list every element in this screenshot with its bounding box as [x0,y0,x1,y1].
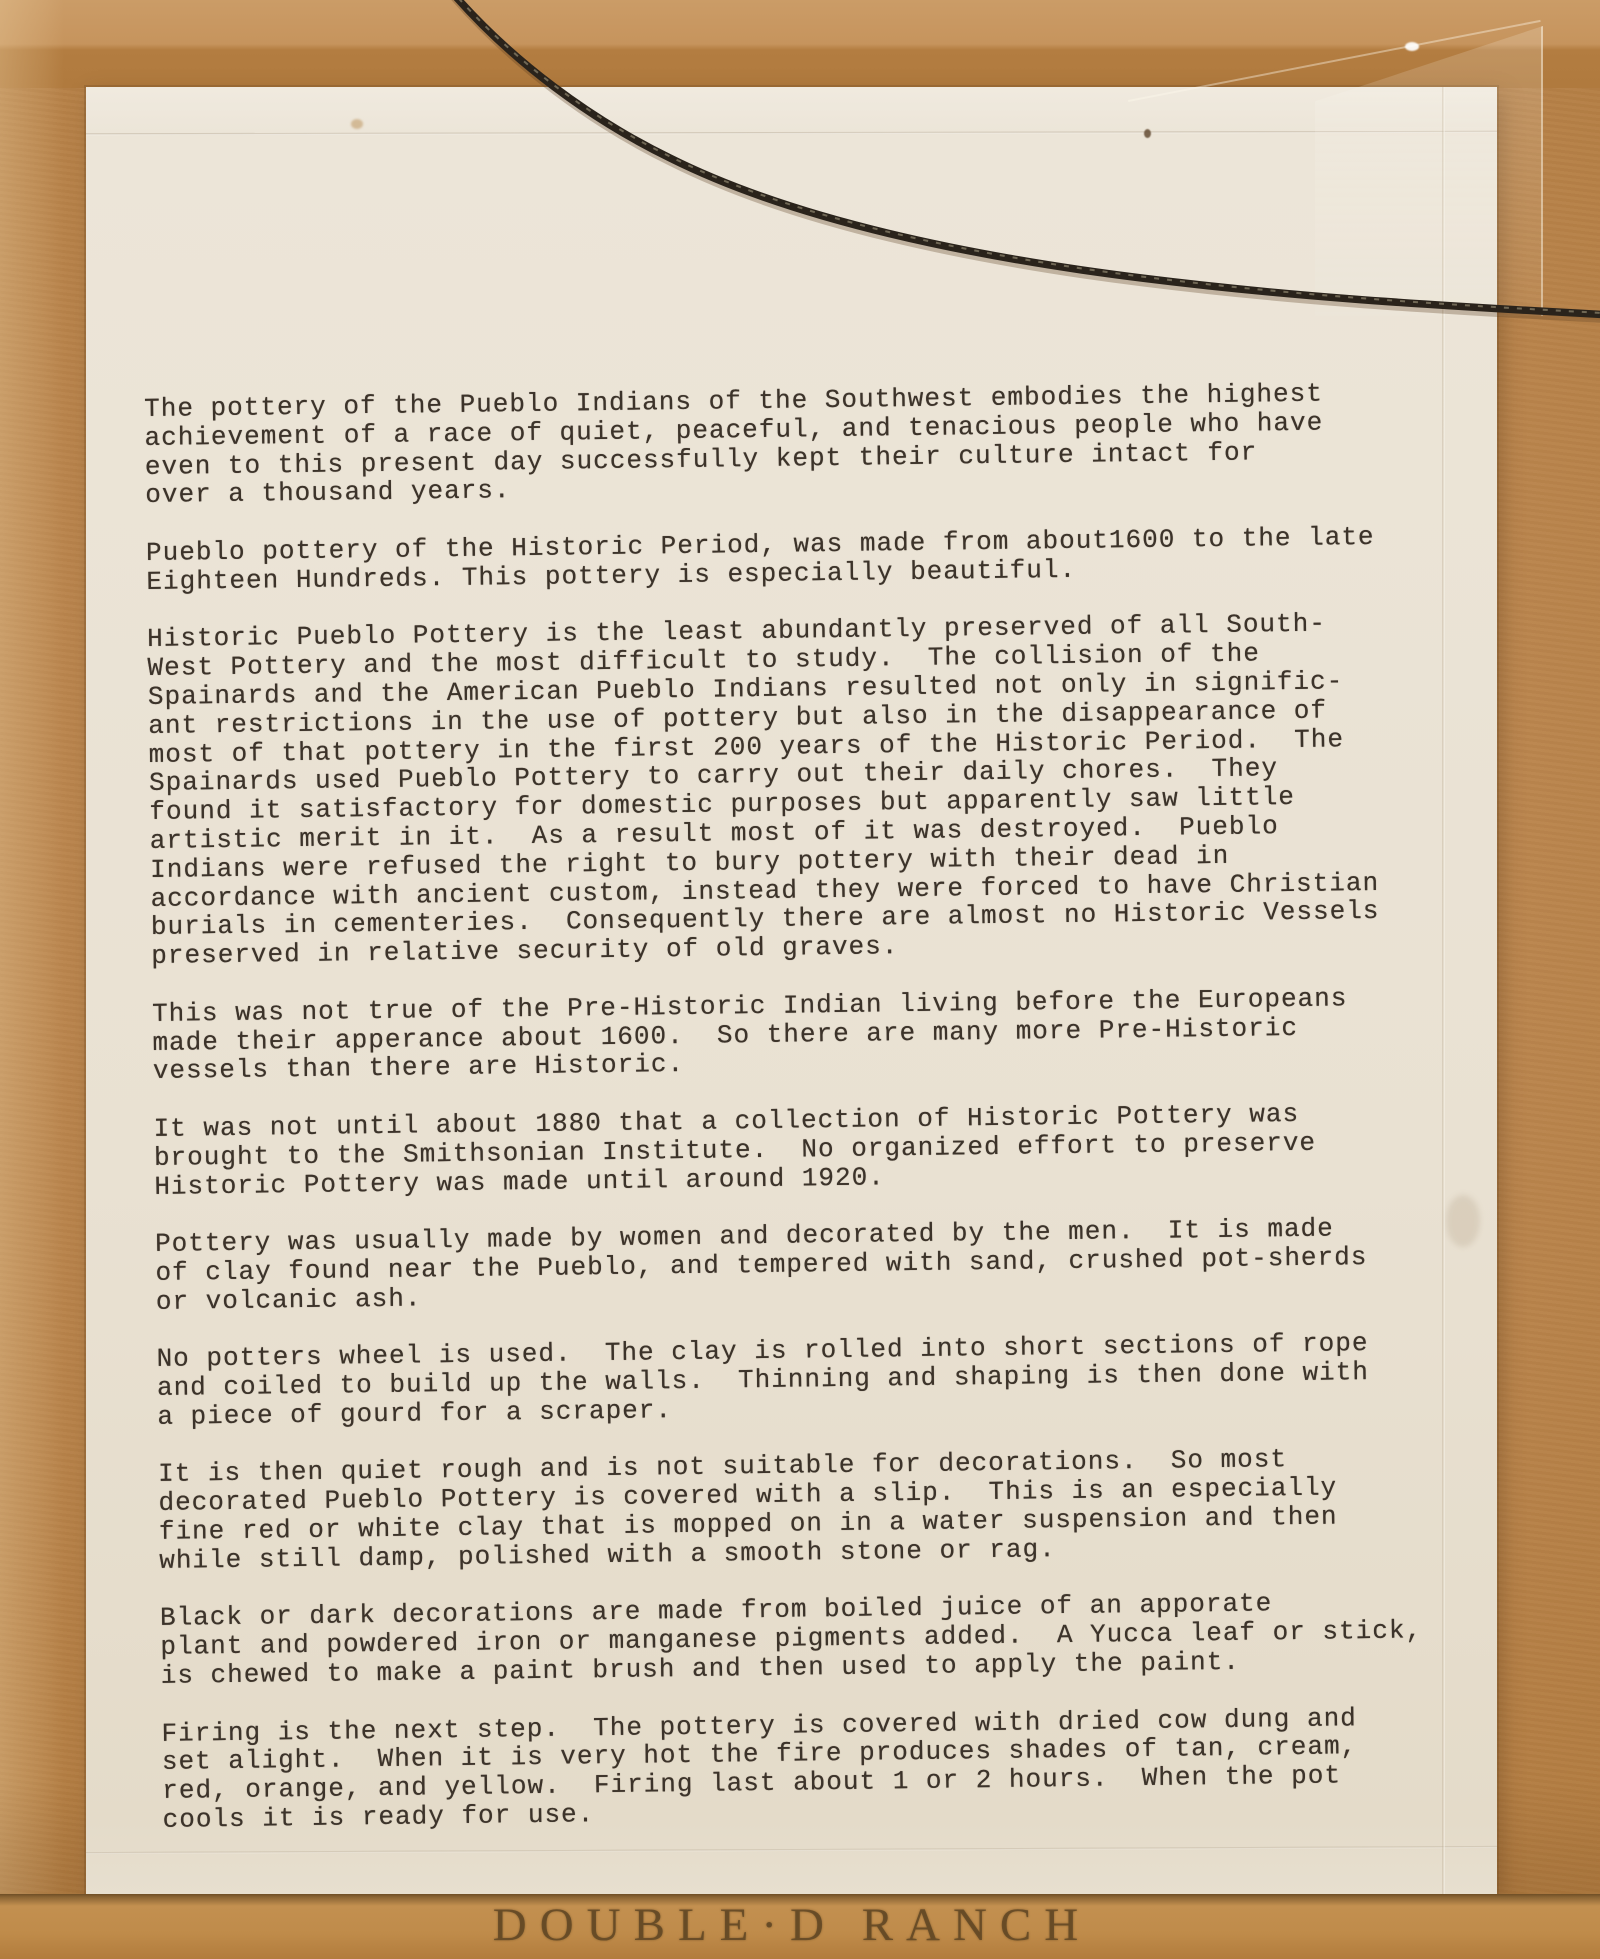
paper-crease-line-top [86,131,1497,135]
paper-stain-speck [351,119,363,129]
paragraph-9: Black or dark decorations are made from … [160,1587,1491,1691]
watermark-text: DOUBLE·D RANCH [0,1894,1592,1959]
paragraph-6: Pottery was usually made by women and de… [155,1213,1486,1317]
paragraph-8: It is then quiet rough and is not suitab… [158,1443,1489,1576]
plastic-sleeve-edge-over-paper [1442,87,1445,1894]
paragraph-3: Historic Pueblo Pottery is the least abu… [147,608,1481,971]
paragraph-7: No potters wheel is used. The clay is ro… [156,1328,1487,1432]
paragraph-1: The pottery of the Pueblo Indians of the… [144,378,1475,511]
bottom-board-band: DOUBLE·D RANCH [0,1894,1600,1959]
board-left-light-edge [0,0,64,1959]
paragraph-4: This was not true of the Pre-Historic In… [152,982,1483,1086]
typed-document-page: The pottery of the Pueblo Indians of the… [86,87,1497,1894]
paper-dark-speck [1144,129,1151,138]
paragraph-5: It was not until about 1880 that a colle… [153,1097,1484,1201]
tape-reflection-dot [1405,42,1419,51]
typewritten-text-block: The pottery of the Pueblo Indians of the… [144,378,1493,1864]
board-top-light-strip [0,0,1600,88]
paragraph-10: Firing is the next step. The pottery is … [161,1702,1492,1835]
paragraph-2: Pueblo pottery of the Historic Period, w… [146,522,1477,597]
